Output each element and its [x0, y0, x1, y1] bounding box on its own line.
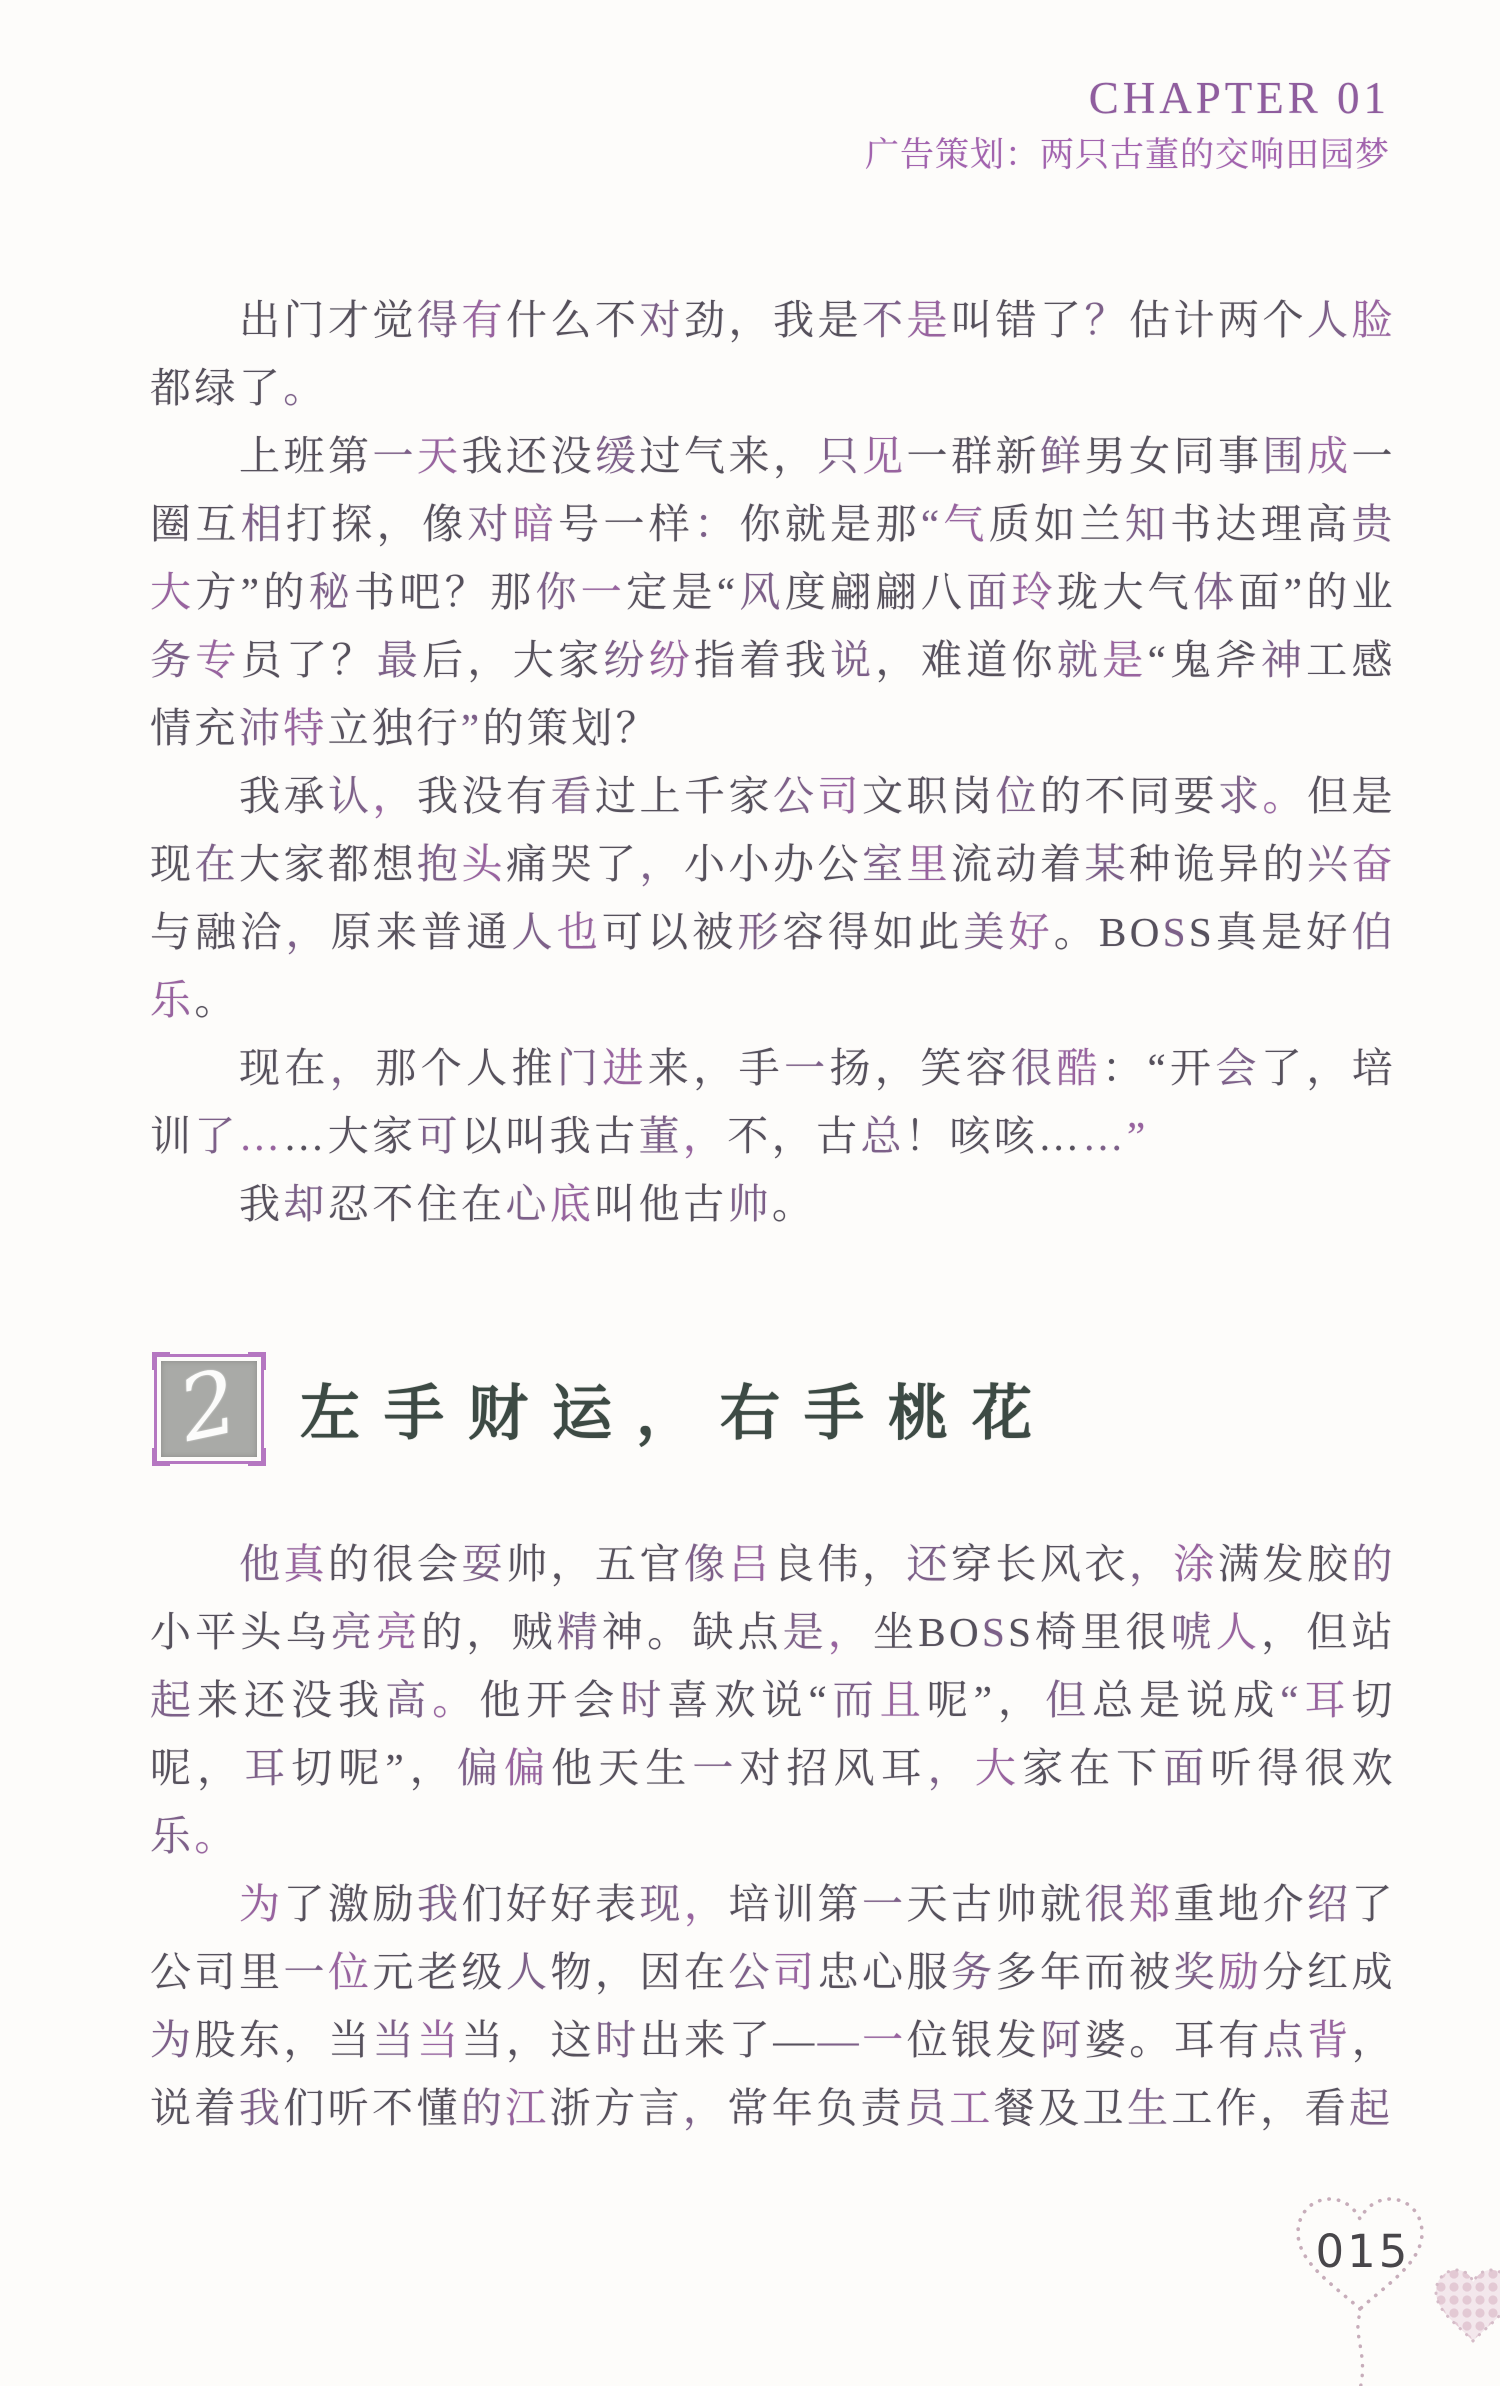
paragraph: 现在，那个人推门进来，手一扬，笑容很酷：“开会了，培训了……大家可以叫我古董，不…: [150, 1034, 1396, 1170]
heart-tail-dots-icon: [1358, 2317, 1363, 2386]
paragraph: 我承认，我没有看过上千家公司文职岗位的不同要求。但是现在大家都想抱头痛哭了，小小…: [150, 762, 1396, 1034]
section-heading: 2 左手财运，右手桃花: [150, 1350, 1396, 1468]
badge-core: 2: [161, 1361, 257, 1457]
page-footer: 015: [1240, 2151, 1500, 2386]
chapter-subtitle: 广告策划：两只古董的交响田园梦: [865, 136, 1390, 177]
page-number: 015: [1296, 2225, 1430, 2278]
paragraph: 上班第一天我还没缓过气来，只见一群新鲜男女同事围成一圈互相打探，像对暗号一样：你…: [150, 422, 1396, 762]
paragraph: 出门才觉得有什么不对劲，我是不是叫错了？估计两个人脸都绿了。: [150, 286, 1396, 422]
section-number: 2: [172, 1357, 245, 1455]
chapter-label: CHAPTER 01: [865, 74, 1390, 124]
paragraph: 为了激励我们好好表现，培训第一天古帅就很郑重地介绍了公司里一位元老级人物，因在公…: [150, 1870, 1396, 2142]
section-number-badge: 2: [150, 1350, 268, 1468]
book-page: CHAPTER 01 广告策划：两只古董的交响田园梦 出门才觉得有什么不对劲，我…: [0, 0, 1500, 2386]
small-heart-texture-icon: [1436, 2270, 1500, 2341]
section-title: 左手财运，右手桃花: [300, 1366, 1056, 1452]
page-body: 出门才觉得有什么不对劲，我是不是叫错了？估计两个人脸都绿了。 上班第一天我还没缓…: [150, 286, 1396, 2142]
paragraph: 他真的很会耍帅，五官像吕良伟，还穿长风衣，涂满发胶的小平头乌亮亮的，贼精神。缺点…: [150, 1530, 1396, 1870]
paragraph: 我却忍不住在心底叫他古帅。: [150, 1170, 1396, 1238]
chapter-header: CHAPTER 01 广告策划：两只古董的交响田园梦: [865, 74, 1390, 176]
